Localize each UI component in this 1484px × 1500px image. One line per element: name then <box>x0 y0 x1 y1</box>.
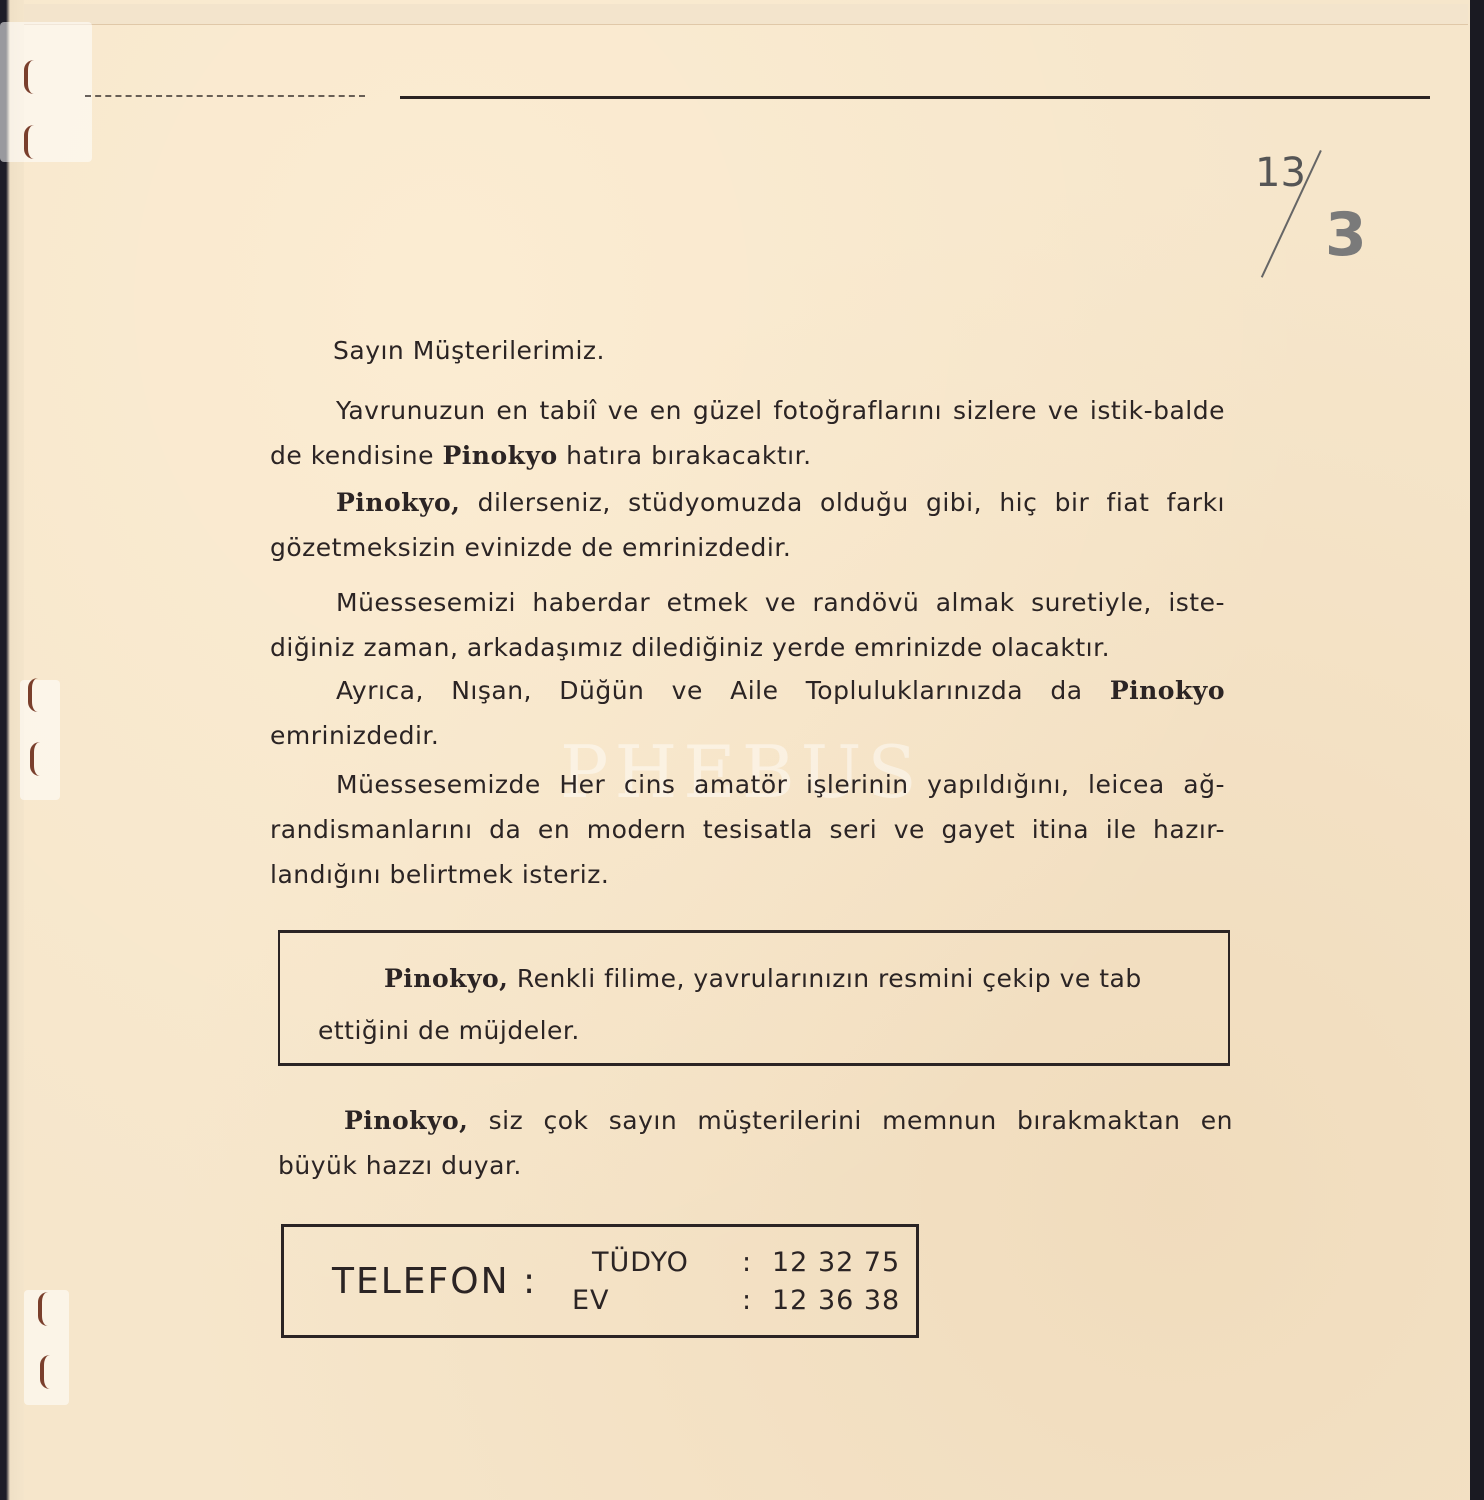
brand-name: Pinokyo, <box>384 964 508 993</box>
paragraph-1-text-b: hatıra bırakacaktır. <box>566 441 811 470</box>
staple-icon <box>24 125 38 159</box>
phone-label: EV <box>572 1285 610 1316</box>
staple-icon <box>24 60 38 94</box>
background-edge <box>1470 0 1484 1500</box>
pencil-annotation: 13 3 <box>1255 150 1385 290</box>
phone-title: TELEFON : <box>332 1261 537 1302</box>
salutation: Sayın Müşterilerimiz. <box>333 328 605 373</box>
staple-icon <box>30 742 44 776</box>
paragraph-5: Müessesemizde Her cins amatör işlerinin … <box>270 762 1225 897</box>
document-page: 13 3 Sayın Müşterilerimiz. Yavrunuzun en… <box>0 0 1472 1500</box>
brand-name: Pinokyo, <box>336 488 460 517</box>
top-rule <box>400 96 1430 99</box>
brand-name: Pinokyo <box>1110 676 1225 705</box>
paragraph-4-text-b: emrinizdedir. <box>270 721 439 750</box>
paragraph-6: Pinokyo, siz çok sayın müşterilerini mem… <box>278 1098 1233 1188</box>
staple-icon <box>38 1292 52 1326</box>
phone-label: TÜDYO <box>592 1247 689 1278</box>
phone-number: 12 32 75 <box>772 1247 900 1278</box>
phone-colon: : <box>742 1247 752 1278</box>
pencil-denominator: 3 <box>1325 200 1367 270</box>
staple-icon <box>40 1355 54 1389</box>
paragraph-4-text-a: Ayrıca, Nışan, Düğün ve Aile Topluluklar… <box>336 676 1083 705</box>
paragraph-5-text: Müessesemizde Her cins amatör işlerinin … <box>270 770 1225 889</box>
paragraph-2: Pinokyo, dilerseniz, stüdyomuzda olduğu … <box>270 480 1225 570</box>
paragraph-3: Müessesemizi haberdar etmek ve randövü a… <box>270 580 1225 670</box>
paragraph-3-text: Müessesemizi haberdar etmek ve randövü a… <box>270 588 1225 662</box>
back-sheet-edge <box>8 4 1468 25</box>
tape-top <box>0 22 92 162</box>
top-rule-faded <box>85 95 365 97</box>
staple-icon <box>28 678 42 712</box>
brand-name: Pinokyo <box>442 441 557 470</box>
pencil-numerator: 13 <box>1255 150 1306 196</box>
phone-colon: : <box>742 1285 752 1316</box>
brand-name: Pinokyo, <box>344 1106 468 1135</box>
highlight-box: Pinokyo, Renkli filime, yavrularınızın r… <box>278 930 1230 1066</box>
phone-number: 12 36 38 <box>772 1285 900 1316</box>
phone-box: TELEFON : TÜDYO : 12 32 75 EV : 12 36 38 <box>281 1224 919 1338</box>
highlight-box-text: Pinokyo, Renkli filime, yavrularınızın r… <box>318 953 1193 1057</box>
paragraph-1: Yavrunuzun en tabiî ve en güzel fotoğraf… <box>270 388 1225 478</box>
